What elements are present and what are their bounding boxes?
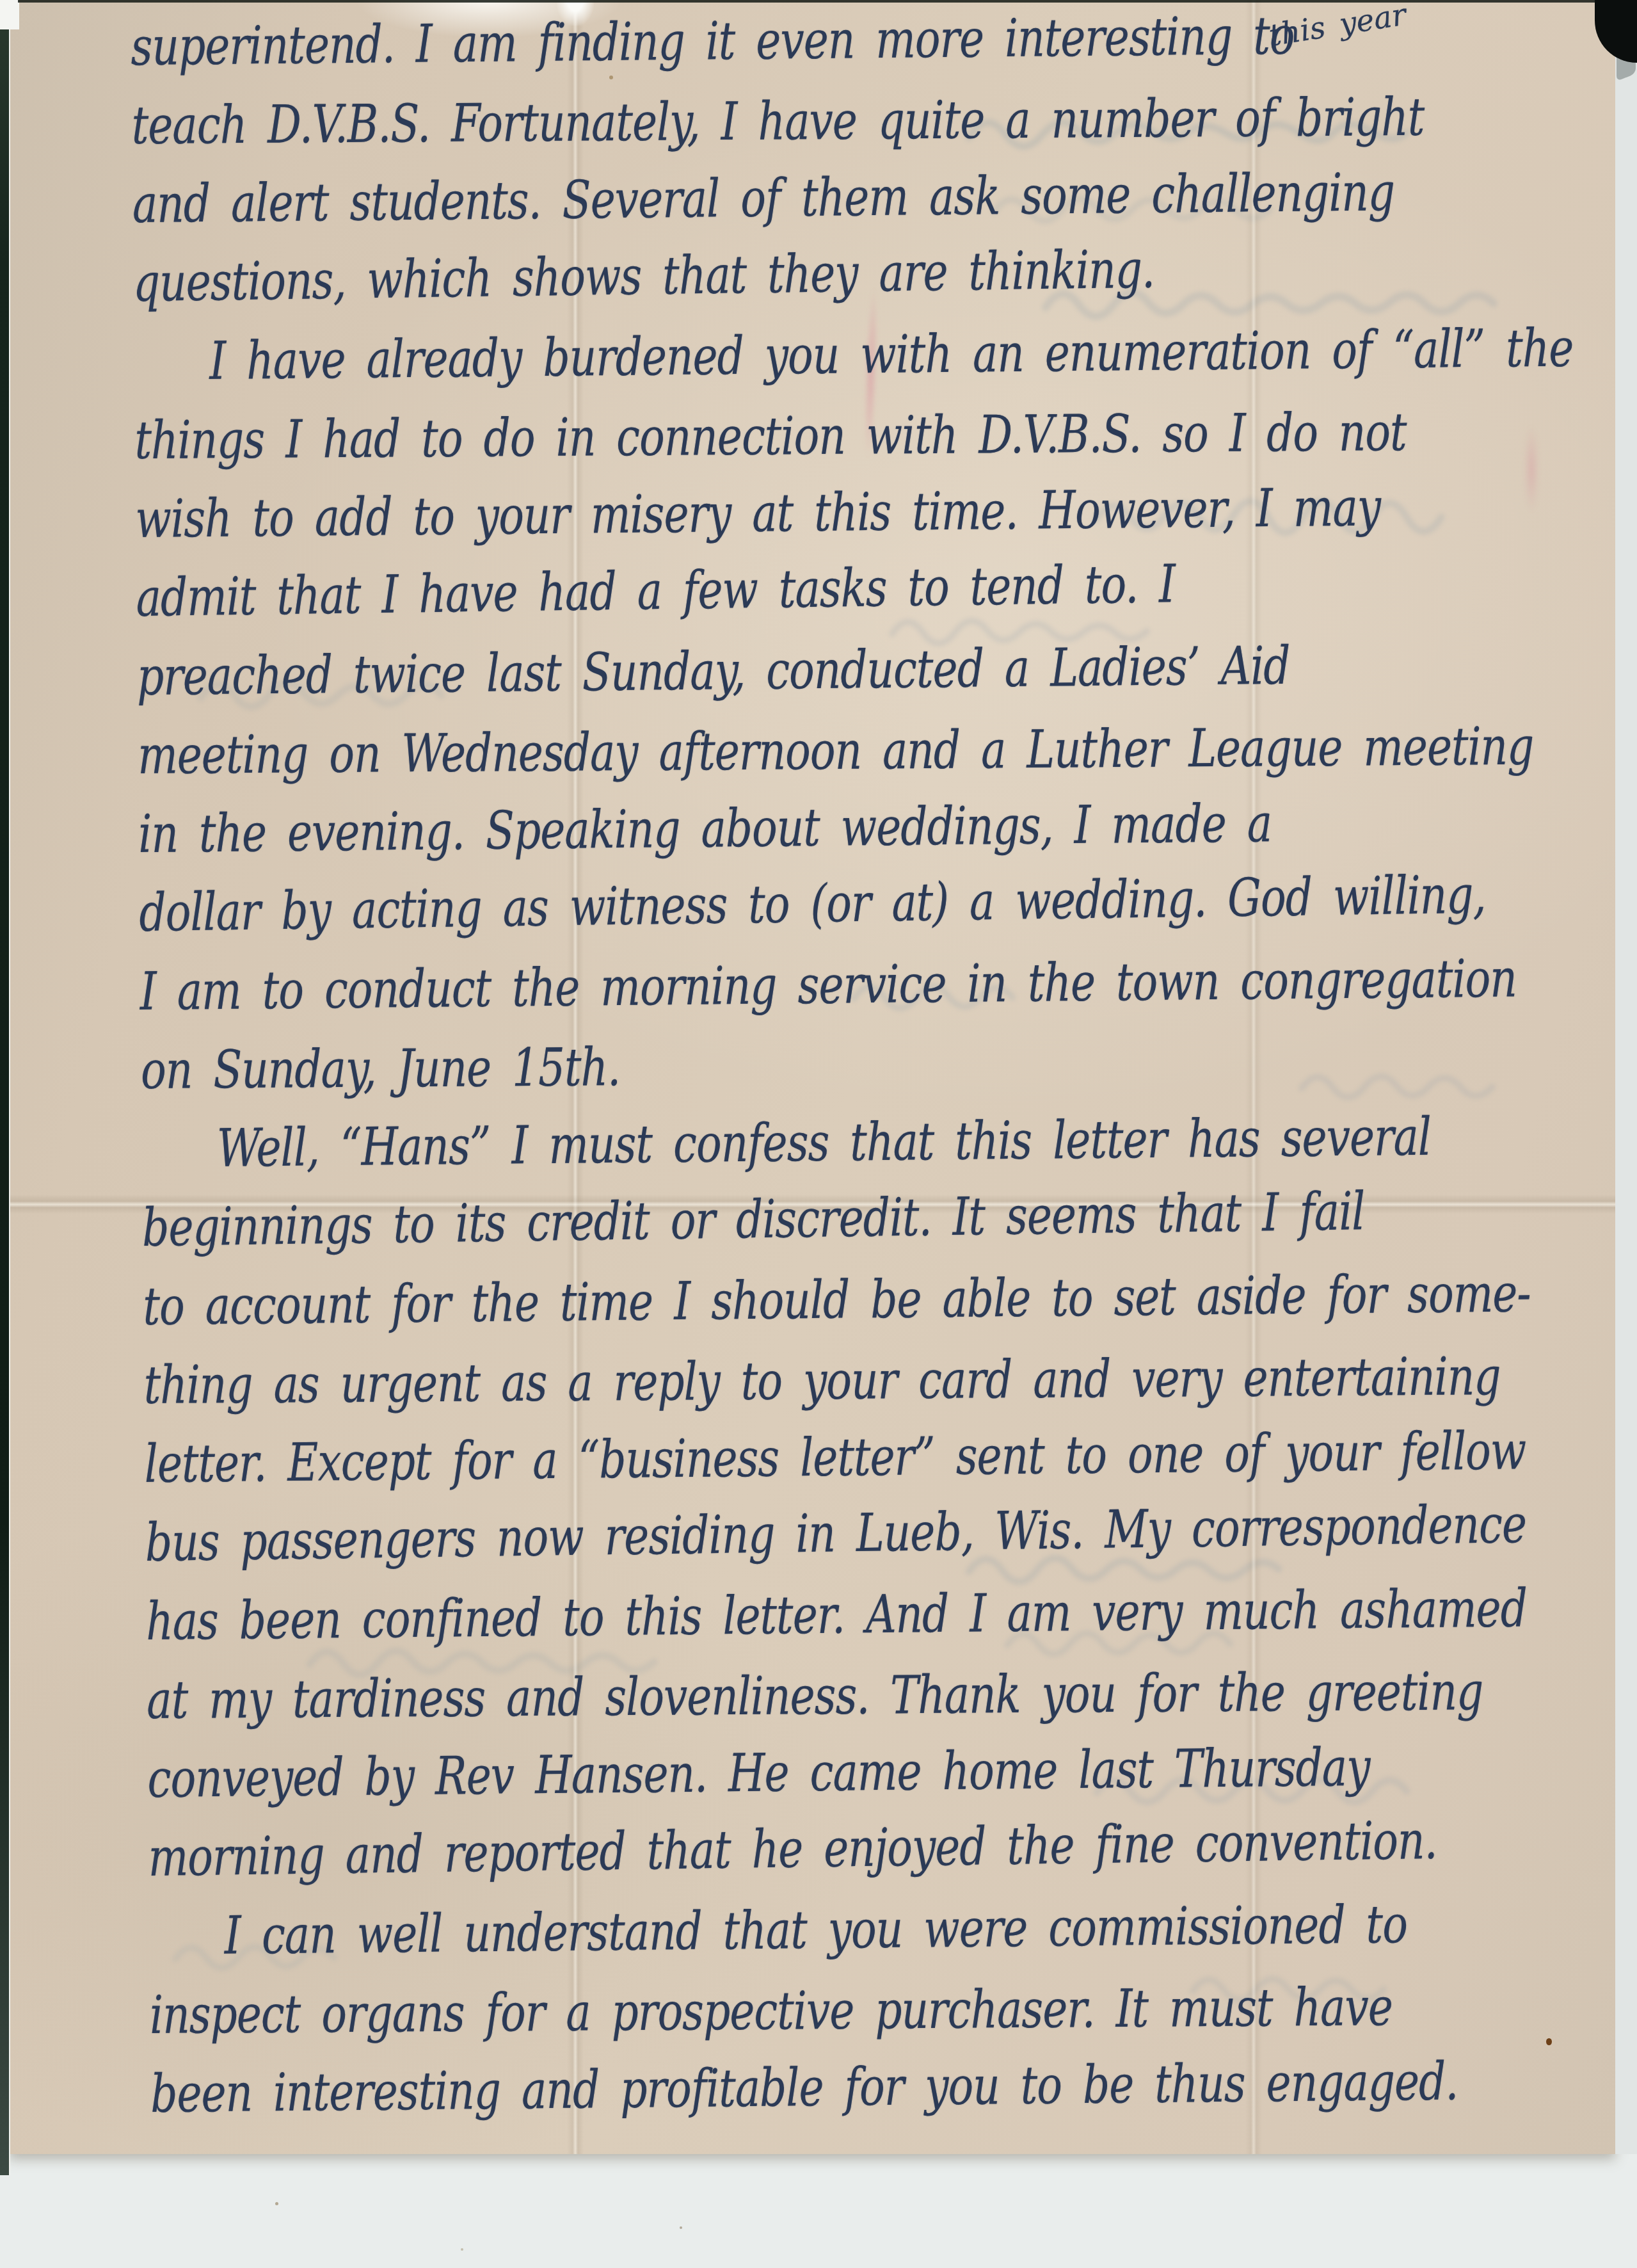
scanner-corner-top-left: [0, 0, 19, 29]
dust-speck: [461, 2248, 463, 2251]
dust-speck: [275, 2202, 278, 2205]
scanner-edge-right: [1615, 0, 1637, 2154]
letter-body: superintend. I am finding it even more i…: [131, 0, 1636, 2139]
dust-speck: [680, 2226, 682, 2229]
letter-paper: this year superintend. I am finding it e…: [9, 0, 1615, 2154]
letter-line-text: been interesting and profitable for you …: [150, 2032, 1458, 2143]
scanned-letter-screenshot: { "page": { "ink_color": "#2b3a56", "pap…: [0, 0, 1637, 2268]
scanner-edge-top: [18, 0, 1637, 3]
letter-line: been interesting and profitable for you …: [150, 2046, 1636, 2139]
scanner-edge-left: [0, 0, 10, 2175]
